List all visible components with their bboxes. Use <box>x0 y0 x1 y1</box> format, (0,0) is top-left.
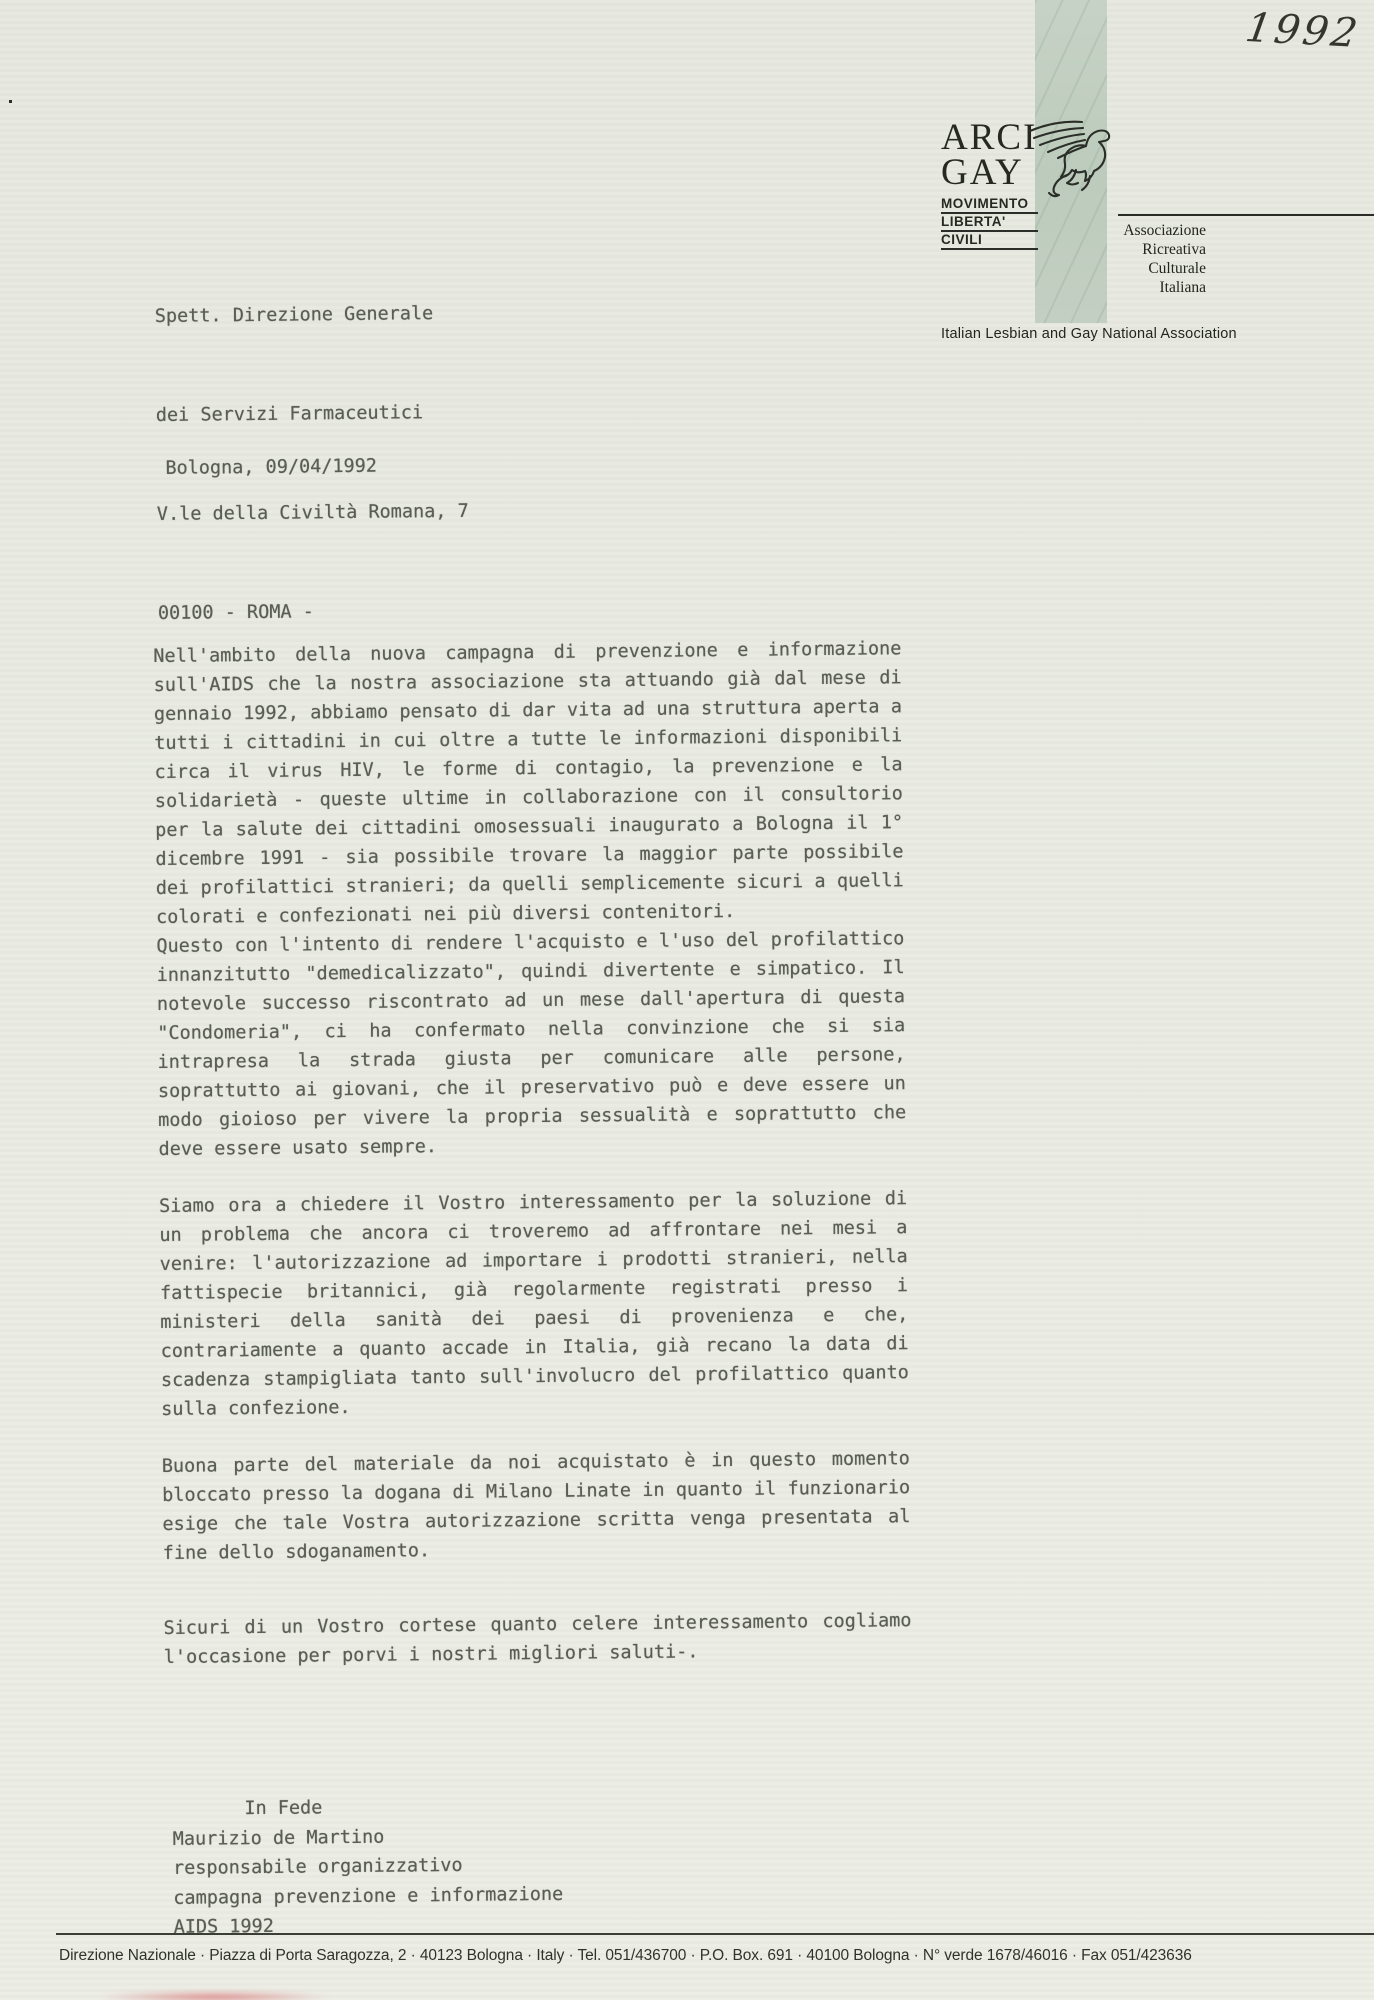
recipient-line: Spett. Direzione Generale <box>155 297 467 333</box>
signature-block: In Fede Maurizio de Martino responsabile… <box>172 1791 563 1943</box>
paragraph-campaign-intro: Nell'ambito della nuova campagna di prev… <box>153 634 904 932</box>
signature-name: Maurizio de Martino <box>173 1820 563 1854</box>
signature-role: responsabile organizzativo <box>173 1850 563 1884</box>
signature-campaign: campagna prevenzione e informazione <box>173 1879 563 1913</box>
paragraph-closing: Sicuri di un Vostro cortese quanto celer… <box>163 1606 912 1672</box>
paragraph-condomeria: Questo con l'intento di rendere l'acquis… <box>156 924 906 1164</box>
paragraph-customs: Buona parte del materiale da noi acquist… <box>162 1444 911 1568</box>
footer-rule <box>56 1933 1374 1935</box>
scan-red-smudge <box>95 1991 333 2000</box>
recipient-line: dei Servizi Farmaceutici <box>156 396 468 432</box>
letter-body: Nell'ambito della nuova campagna di prev… <box>153 634 912 1672</box>
signature-in-fede: In Fede <box>172 1791 562 1825</box>
signature-aids-1992: AIDS 1992 <box>174 1909 564 1943</box>
scanned-letter-page: 1992 ARCI GAY MOVIMENTO LIBERTA' CIVILI … <box>0 0 1374 2000</box>
footer-contact-line: Direzione Nazionale · Piazza di Porta Sa… <box>59 1947 1359 1965</box>
dateline: Bologna, 09/04/1992 <box>165 456 377 479</box>
scan-speck <box>9 100 12 103</box>
typewritten-content-layer: Spett. Direzione Generale dei Servizi Fa… <box>0 0 1374 2000</box>
recipient-line: 00100 - ROMA - <box>158 594 470 630</box>
paragraph-request: Siamo ora a chiedere il Vostro interessa… <box>159 1184 909 1424</box>
recipient-line: V.le della Civiltà Romana, 7 <box>157 495 469 531</box>
